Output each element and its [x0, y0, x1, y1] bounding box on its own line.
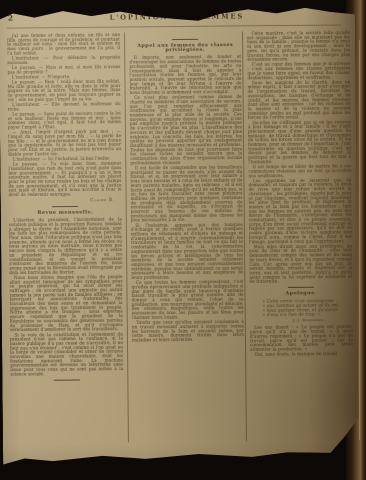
article-paragraph: Nous nous étions imaginé que l'élu du pe…	[9, 274, 123, 332]
quote-attribution: J.-J. Rousseau.	[265, 318, 353, 323]
masthead-title: L'OPINION DES FEMMES	[0, 11, 355, 22]
article-paragraph: Mais elles diront aussi aux privilégiés,…	[249, 244, 352, 284]
separator-rule	[52, 206, 78, 207]
column-divider-rule	[124, 33, 129, 443]
article-paragraph: Le paysan. — Bien ! voilà donc mon fils …	[7, 79, 120, 102]
article-paragraph: Cette marâtre, c'est la société telle qu…	[247, 30, 350, 61]
article-heading: Appel aux femmes des classes privilégiée…	[131, 43, 239, 53]
article-paragraph: L'élection du président, l'inconvénient …	[9, 217, 123, 275]
article-paragraph: — Ainsi, l'impôt d'argent payé par moi ;…	[8, 129, 121, 156]
article-paragraph: Tandis que ceux qu'elles auraient condam…	[132, 319, 244, 342]
article-paragraph: Le paysan. — Mais si moi, si mon fils n'…	[7, 65, 120, 75]
article-paragraph: C'est au cœur des femmes que je m'adress…	[247, 62, 350, 80]
newspaper-page: 2 L'OPINION DES FEMMES j'ai une femme et…	[0, 0, 359, 477]
separator-rule	[54, 379, 80, 380]
column-middle: Appel aux femmes des classes privilégiée…	[129, 31, 245, 470]
article-paragraph: Le paysan. — Sans point de secours contr…	[8, 111, 121, 129]
photo-backdrop: 2 L'OPINION DES FEMMES j'ai une femme et…	[0, 0, 366, 480]
quote-line: « d'eux n'a rien de trop. »	[263, 312, 353, 317]
article-paragraph: Si l'industrie, appuyée par des banques …	[131, 222, 244, 280]
separator-rule	[288, 287, 314, 288]
column-left: j'ai une femme et deux enfants, un fils …	[7, 33, 125, 472]
article-heading: Revue mensuelle.	[11, 210, 120, 215]
article-paragraph: Qu'elles ne s'effraient pas si on les re…	[248, 120, 351, 165]
article-paragraph: Il est facile de comprendre que les trav…	[130, 165, 243, 223]
article-paragraph: Il est temps de se hâter de mettre fin à…	[248, 164, 351, 178]
article-paragraph: Il importe, non seulement de fonder et d…	[129, 55, 241, 95]
article-paragraph: Le paysan. — Tu vois donc bien, monsieur…	[8, 161, 121, 197]
header-rule	[7, 24, 341, 28]
separator-rule	[172, 39, 198, 40]
column-right: Cette marâtre, c'est la société telle qu…	[247, 30, 355, 469]
quote-block: « Cette vérité n'est avantageuse« aux ho…	[250, 298, 353, 317]
article-paragraph: Les opprimés ne se lasseront pas de dema…	[248, 178, 352, 244]
page-tilt-wrapper: 2 L'OPINION DES FEMMES j'ai une femme et…	[0, 0, 363, 479]
article-paragraph: Ce que toutes les femmes comprendront, c…	[131, 280, 243, 320]
article-paragraph: Ce n'est plus seulement comme dames de c…	[130, 95, 243, 166]
article-heading: Apologue.	[252, 291, 351, 296]
article-paragraph: Si le vote de la constitution et l'avène…	[10, 332, 123, 377]
article-paragraph: Oui, sans doute, le manque de travail	[250, 351, 353, 356]
article-signature: Claire B.	[9, 198, 115, 203]
article-paragraph: Sous les auspices de la charité, dans un…	[247, 80, 350, 120]
article-paragraph: j'ai une femme et deux enfants, un fils …	[7, 33, 120, 56]
article-paragraph: Les uns disent : « Le peuple est pauvre,…	[250, 325, 353, 352]
